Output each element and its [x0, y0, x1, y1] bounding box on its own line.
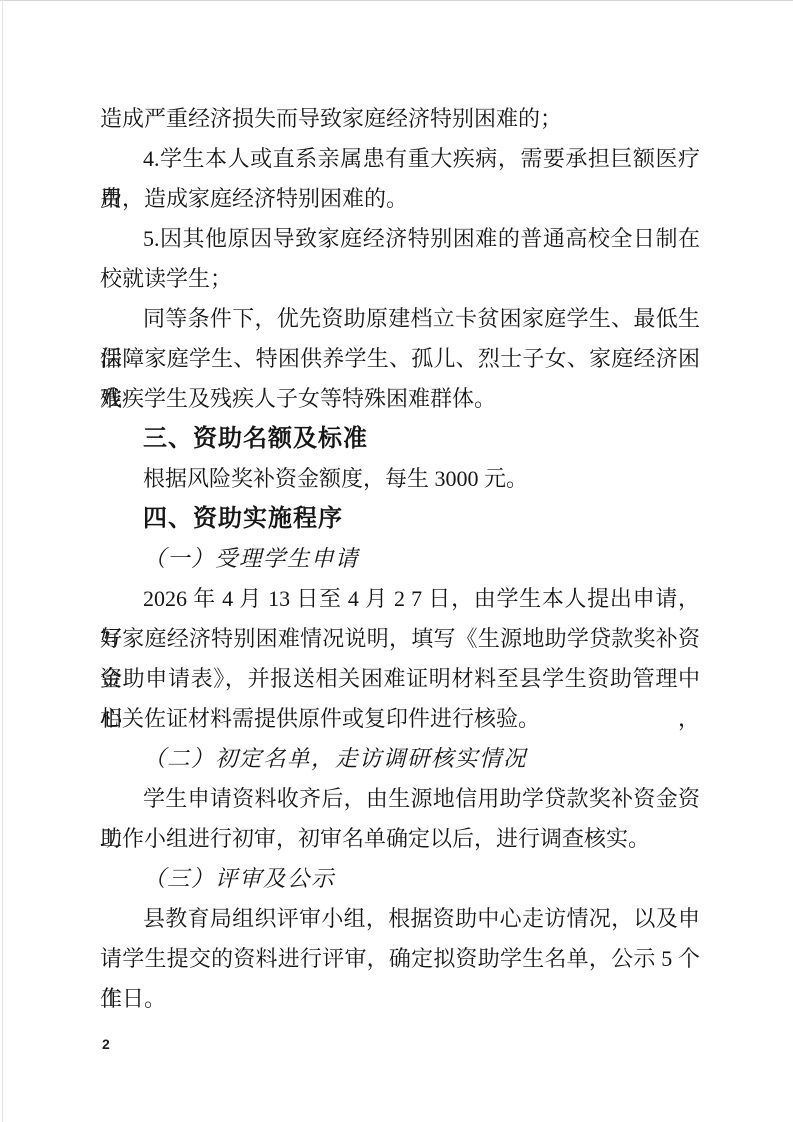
body-line: 县教育局组织评审小组，根据资助中心走访情况，以及申 [100, 899, 700, 939]
document-page: 造成严重经济损失而导致家庭经济特别困难的； 4.学生本人或直系亲属患有重大疾病，… [0, 0, 793, 1122]
subheading-step-1: （一）受理学生申请 [100, 539, 700, 579]
page-left-edge [2, 0, 3, 1122]
body-line: 5.因其他原因导致家庭经济特别困难的普通高校全日制在 [100, 219, 700, 259]
document-body: 造成严重经济损失而导致家庭经济特别困难的； 4.学生本人或直系亲属患有重大疾病，… [100, 99, 700, 1019]
subheading-step-2: （二）初定名单，走访调研核实情况 [100, 739, 700, 779]
heading-section-4: 四、资助实施程序 [100, 499, 700, 539]
body-line: 同等条件下，优先资助原建档立卡贫困家庭学生、最低生活 [100, 299, 700, 339]
body-line: 用，造成家庭经济特别困难的。 [100, 179, 700, 219]
page-top-edge [0, 0, 793, 1]
body-line: 作日。 [100, 979, 700, 1019]
body-line: 残疾学生及残疾人子女等特殊困难群体。 [100, 379, 700, 419]
body-line: 校就读学生； [100, 259, 700, 299]
page-number: 2 [102, 1036, 110, 1052]
heading-section-3: 三、资助名额及标准 [100, 419, 700, 459]
body-line: 根据风险奖补资金额度，每生 3000 元。 [100, 459, 700, 499]
subheading-step-3: （三）评审及公示 [100, 859, 700, 899]
body-line: 4.学生本人或直系亲属患有重大疾病，需要承担巨额医疗费 [100, 139, 700, 179]
body-line: 2026 年 4 月 13 日至 4 月 2 7 日，由学生本人提出申请，写 [100, 579, 700, 619]
body-line: 请学生提交的资料进行评审，确定拟资助学生名单，公示 5 个工 [100, 939, 700, 979]
body-line: 好家庭经济特别困难情况说明，填写《生源地助学贷款奖补资金 [100, 619, 700, 659]
body-line: 保障家庭学生、特困供养学生、孤儿、烈士子女、家庭经济困难 [100, 339, 700, 379]
body-line: 造成严重经济损失而导致家庭经济特别困难的； [100, 99, 700, 139]
body-line: 资助申请表》，并报送相关困难证明材料至县学生资助管理中心， [100, 659, 700, 699]
body-line: 工作小组进行初审，初审名单确定以后，进行调查核实。 [100, 819, 700, 859]
body-line: 学生申请资料收齐后，由生源地信用助学贷款奖补资金资助 [100, 779, 700, 819]
